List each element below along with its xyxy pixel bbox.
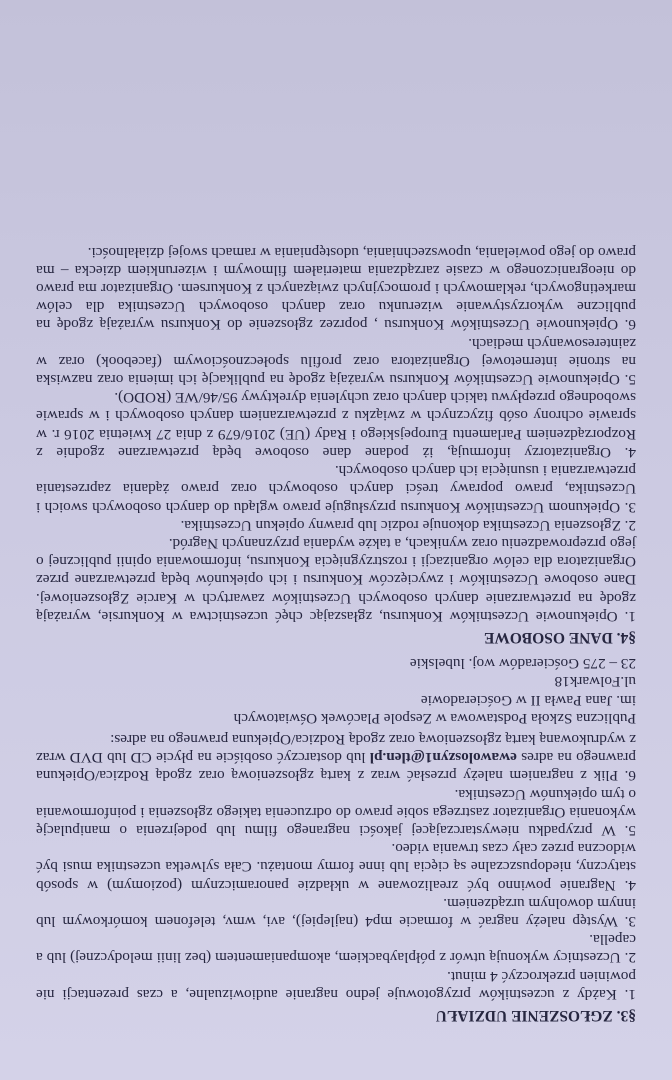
section-3-item-4: 4. Nagranie powinno być zrealizowane w u… <box>36 839 636 894</box>
section-4-item-3: 3. Opiekunom Uczestników Konkursu przysł… <box>36 461 636 516</box>
address-line-2: im. Jana Pawła II w Gościeradowie <box>36 690 636 708</box>
section-4-item-5: 5. Opiekunowie Uczestników Konkursu wyra… <box>36 333 636 388</box>
school-address: Publiczna Szkoła Podstawowa w Zespole Pl… <box>36 654 636 727</box>
contact-email: ewawoloszyn1@tlen.pl <box>370 749 517 766</box>
scanned-document-page: §3. ZGŁOSZENIE UDZIAŁU 1. Każdy z uczest… <box>0 0 672 1080</box>
address-line-3: ul.Folwark18 <box>36 672 636 690</box>
section-4-heading: §4. DANE OSOBOWE <box>36 628 636 646</box>
section-4-item-2: 2. Zgłoszenia Uczestnika dokonuje rodzic… <box>36 516 636 534</box>
section-3-item-5: 5. W przypadku niewystarczającej jakości… <box>36 784 636 839</box>
document-body: §3. ZGŁOSZENIE UDZIAŁU 1. Każdy z uczest… <box>36 242 636 1024</box>
section-3-item-6: 6. Plik z nagraniem należy przesłać wraz… <box>36 730 636 785</box>
address-line-1: Publiczna Szkoła Podstawowa w Zespole Pl… <box>36 709 636 727</box>
section-3-heading: §3. ZGŁOSZENIE UDZIAŁU <box>36 1006 636 1024</box>
address-line-4: 23 – 275 Gościeradów woj. lubelskie <box>36 654 636 672</box>
section-3-item-3: 3. Występ należy nagrać w formacie mp4 (… <box>36 894 636 930</box>
section-4-item-4: 4. Organizatorzy informują, iż podane da… <box>36 388 636 461</box>
section-4-item-1: 1. Opiekunowie Uczestników Konkursu, zgł… <box>36 534 636 625</box>
section-4-item-6: 6. Opiekunowie Uczestników Konkursu , po… <box>36 242 636 333</box>
section-3-item-1: 1. Każdy z uczestników przygotowuje jedn… <box>36 966 636 1002</box>
section-3-item-2: 2. Uczestnicy wykonują utwór z półplayba… <box>36 930 636 966</box>
